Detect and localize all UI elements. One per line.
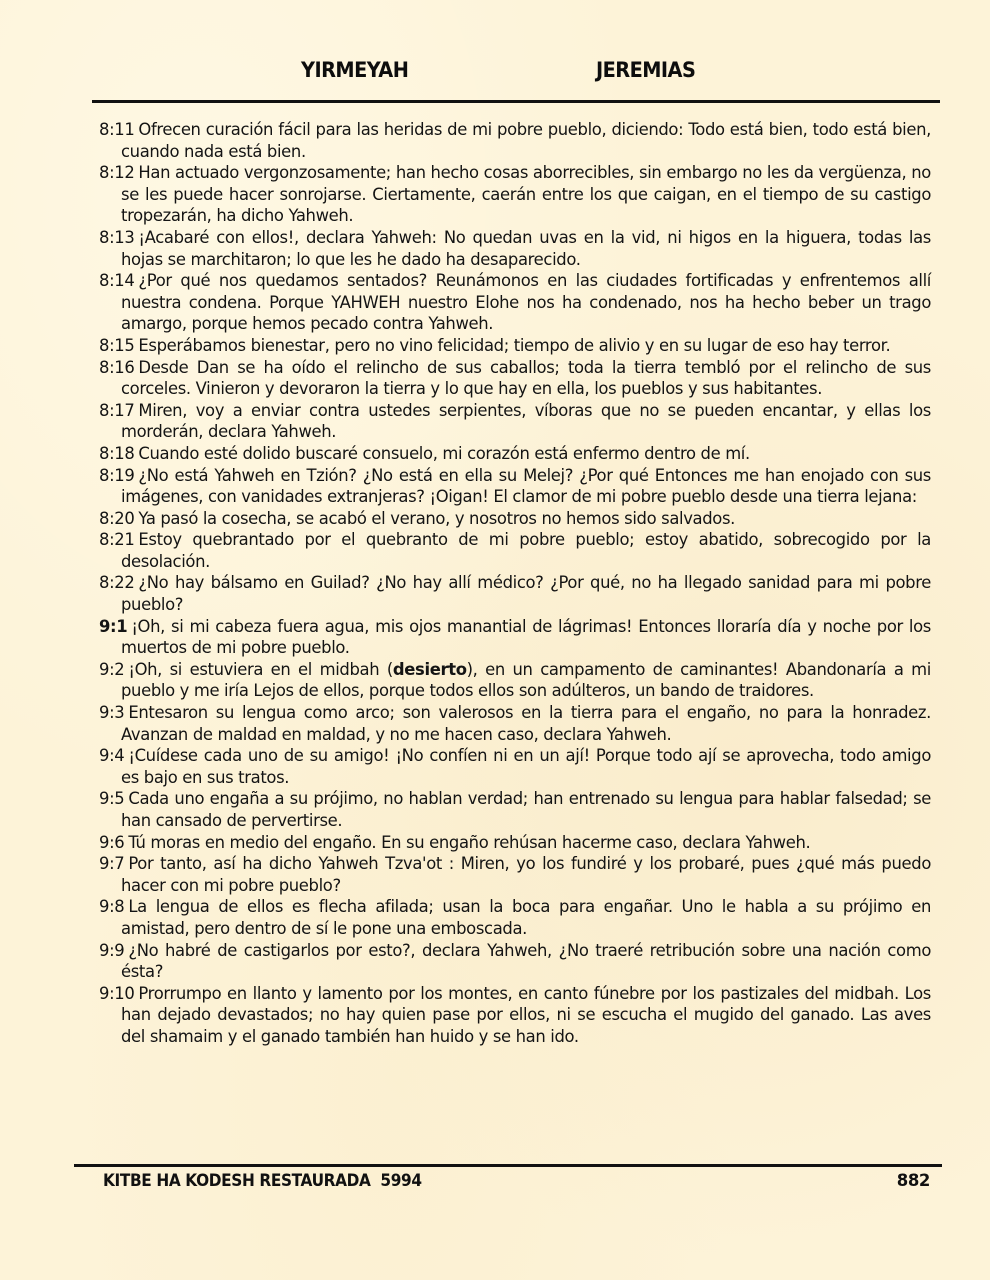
verse-8-18: 8:18Cuando esté dolido buscaré consuelo,…: [99, 443, 931, 465]
verse-ref: 8:17: [99, 401, 134, 420]
verse-ref: 8:11: [99, 120, 134, 139]
verse-8-13: 8:13¡Acabaré con ellos!, declara Yahweh:…: [99, 227, 931, 270]
verse-ref: 9:7: [99, 854, 124, 873]
verse-text-before: ¡Oh, si estuviera en el midbah (: [128, 660, 393, 679]
verse-ref: 9:10: [99, 984, 134, 1003]
verse-8-11: 8:11Ofrecen curación fácil para las heri…: [99, 119, 931, 162]
verse-9-10: 9:10Prorrumpo en llanto y lamento por lo…: [99, 983, 931, 1048]
header-divider: [92, 100, 940, 103]
verse-ref: 8:19: [99, 466, 134, 485]
verse-8-15: 8:15Esperábamos bienestar, pero no vino …: [99, 335, 931, 357]
verse-text: ¿Por qué nos quedamos sentados? Reunámon…: [121, 271, 931, 333]
verse-9-2: 9:2¡Oh, si estuviera en el midbah (desie…: [99, 659, 931, 702]
verse-ref: 8:13: [99, 228, 134, 247]
verse-ref: 9:4: [99, 746, 124, 765]
verse-text: ¡Acabaré con ellos!, declara Yahweh: No …: [121, 228, 931, 269]
verse-8-14: 8:14¿Por qué nos quedamos sentados? Reun…: [99, 270, 931, 335]
verse-8-22: 8:22¿No hay bálsamo en Guilad? ¿No hay a…: [99, 572, 931, 615]
footer-book-title: KITBE HA KODESH RESTAURADA 5994: [103, 1171, 422, 1190]
verse-text: Ofrecen curación fácil para las heridas …: [121, 120, 931, 161]
verse-ref: 9:3: [99, 703, 124, 722]
verse-ref: 8:21: [99, 530, 134, 549]
verse-8-16: 8:16Desde Dan se ha oído el relincho de …: [99, 357, 931, 400]
verse-ref: 9:5: [99, 789, 124, 808]
verse-9-3: 9:3Entesaron su lengua como arco; son va…: [99, 702, 931, 745]
verse-9-1: 9:1¡Oh, si mi cabeza fuera agua, mis ojo…: [99, 616, 931, 659]
footer-page-number: 882: [897, 1171, 930, 1190]
verse-text: Por tanto, así ha dicho Yahweh Tzva'ot :…: [121, 854, 931, 895]
verse-ref: 8:16: [99, 358, 134, 377]
verse-ref: 9:2: [99, 660, 124, 679]
verse-text: Entesaron su lengua como arco; son valer…: [121, 703, 931, 744]
verse-text: Esperábamos bienestar, pero no vino feli…: [138, 336, 890, 355]
verse-ref: 8:22: [99, 573, 134, 592]
verse-text: Prorrumpo en llanto y lamento por los mo…: [121, 984, 931, 1046]
verse-ref: 8:20: [99, 509, 134, 528]
verse-text: Han actuado vergonzosamente; han hecho c…: [121, 163, 931, 225]
verse-text: ¡Oh, si mi cabeza fuera agua, mis ojos m…: [121, 617, 931, 658]
verse-text: ¿No habré de castigarlos por esto?, decl…: [121, 941, 931, 982]
verse-ref: 8:12: [99, 163, 134, 182]
verse-text: La lengua de ellos es flecha afilada; us…: [121, 897, 931, 938]
verse-9-7: 9:7Por tanto, así ha dicho Yahweh Tzva'o…: [99, 853, 931, 896]
verse-ref: 8:18: [99, 444, 134, 463]
verse-text: Cuando esté dolido buscaré consuelo, mi …: [138, 444, 749, 463]
chapter-start-verse-ref: 9:1: [99, 617, 127, 636]
verse-9-9: 9:9¿No habré de castigarlos por esto?, d…: [99, 940, 931, 983]
verse-8-20: 8:20Ya pasó la cosecha, se acabó el vera…: [99, 508, 931, 530]
verse-ref: 9:8: [99, 897, 124, 916]
verse-9-4: 9:4¡Cuídese cada uno de su amigo! ¡No co…: [99, 745, 931, 788]
verse-text: ¡Cuídese cada uno de su amigo! ¡No confí…: [121, 746, 931, 787]
verse-text: Tú moras en medio del engaño. En su enga…: [128, 833, 810, 852]
verse-text: Desde Dan se ha oído el relincho de sus …: [121, 358, 931, 399]
verse-8-19: 8:19¿No está Yahweh en Tzión? ¿No está e…: [99, 465, 931, 508]
verse-text: Ya pasó la cosecha, se acabó el verano, …: [138, 509, 735, 528]
page-header: YIRMEYAH JEREMIAS: [92, 58, 940, 102]
verse-ref: 9:9: [99, 941, 124, 960]
verse-text: Cada uno engaña a su prójimo, no hablan …: [121, 789, 931, 830]
verse-text: Miren, voy a enviar contra ustedes serpi…: [121, 401, 931, 442]
verse-text: Estoy quebrantado por el quebranto de mi…: [121, 530, 931, 571]
verse-ref: 9:6: [99, 833, 124, 852]
scripture-text: 8:11Ofrecen curación fácil para las heri…: [99, 119, 931, 1048]
footer-divider: [74, 1164, 942, 1167]
verse-text: ¿No está Yahweh en Tzión? ¿No está en el…: [121, 466, 931, 507]
verse-8-12: 8:12Han actuado vergonzosamente; han hec…: [99, 162, 931, 227]
verse-9-6: 9:6Tú moras en medio del engaño. En su e…: [99, 832, 931, 854]
header-hebrew-book-name: YIRMEYAH: [301, 58, 408, 82]
verse-bold-term: desierto: [393, 660, 467, 679]
verse-9-8: 9:8La lengua de ellos es flecha afilada;…: [99, 896, 931, 939]
verse-text: ¿No hay bálsamo en Guilad? ¿No hay allí …: [121, 573, 931, 614]
verse-ref: 8:15: [99, 336, 134, 355]
verse-ref: 8:14: [99, 271, 134, 290]
verse-8-21: 8:21Estoy quebrantado por el quebranto d…: [99, 529, 931, 572]
verse-8-17: 8:17Miren, voy a enviar contra ustedes s…: [99, 400, 931, 443]
header-spanish-book-name: JEREMIAS: [596, 58, 695, 82]
verse-9-5: 9:5Cada uno engaña a su prójimo, no habl…: [99, 788, 931, 831]
